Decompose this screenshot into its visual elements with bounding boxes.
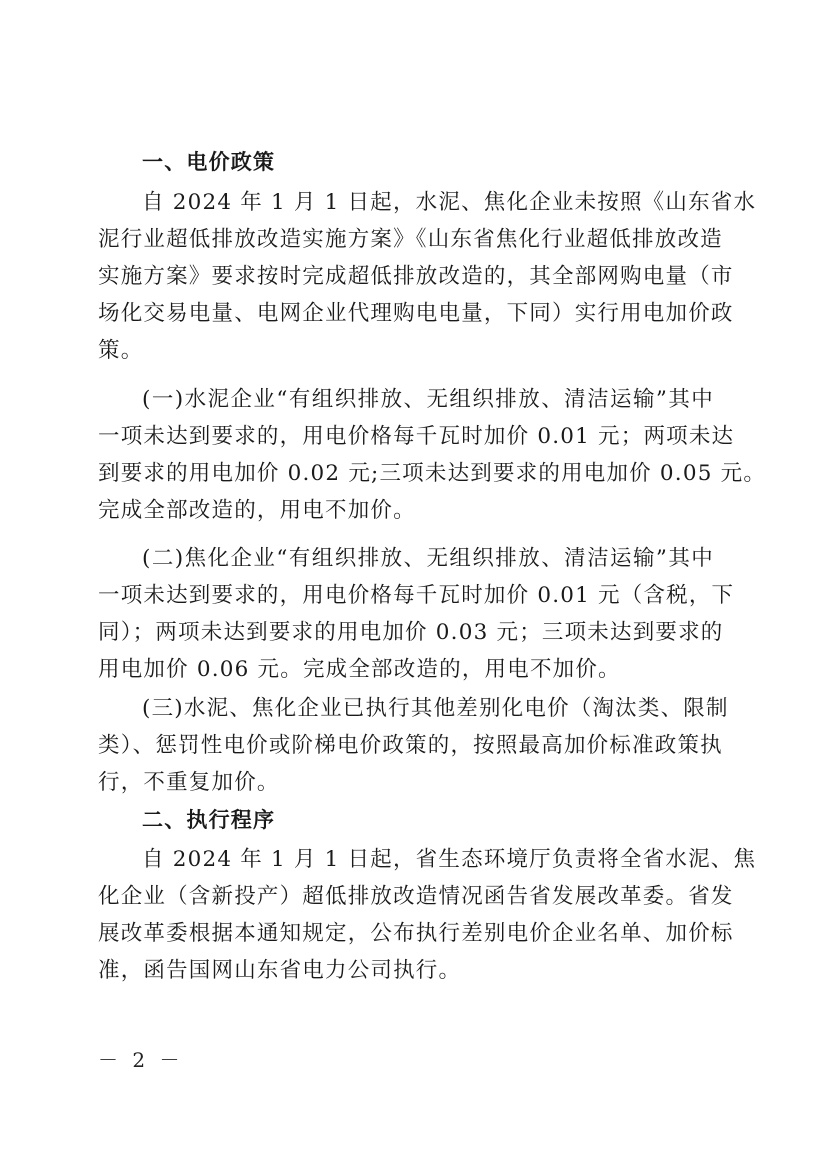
paragraph-line: 完成全部改造的，用电不加价。: [98, 497, 416, 525]
document-page: 一、电价政策 自 2024 年 1 月 1 日起，水泥、焦化企业未按照《山东省水…: [0, 0, 814, 1152]
paragraph-line: (一)水泥企业“有组织排放、无组织排放、清洁运输”其中: [142, 386, 714, 414]
paragraph-line: 展改革委根据本通知规定，公布执行差别电价企业名单、加价标: [98, 920, 714, 948]
paragraph-line: (三)水泥、焦化企业已执行其他差别化电价（淘汰类、限制: [142, 695, 714, 723]
paragraph-line: 化企业（含新投产）超低排放改造情况函告省发展改革委。省发: [98, 883, 714, 911]
paragraph-line: 到要求的用电加价 0.02 元;三项未达到要求的用电加价 0.05 元。: [98, 460, 714, 488]
paragraph-line: 策。: [98, 337, 143, 365]
paragraph-line: 一项未达到要求的，用电价格每千瓦时加价 0.01 元（含税，下: [98, 582, 714, 610]
section-heading-electricity-price-policy: 一、电价政策: [142, 148, 275, 176]
paragraph-line: 自 2024 年 1 月 1 日起，水泥、焦化企业未按照《山东省水: [142, 189, 714, 217]
paragraph-line: 自 2024 年 1 月 1 日起，省生态环境厅负责将全省水泥、焦: [142, 846, 714, 874]
paragraph-line: 行，不重复加价。: [98, 769, 280, 797]
paragraph-line: 泥行业超低排放改造实施方案》《山东省焦化行业超低排放改造: [98, 226, 714, 254]
paragraph-line: 场化交易电量、电网企业代理购电电量，下同）实行用电加价政: [98, 300, 714, 328]
paragraph-line: 准，函告国网山东省电力公司执行。: [98, 957, 461, 985]
paragraph-line: 一项未达到要求的，用电价格每千瓦时加价 0.01 元；两项未达: [98, 423, 714, 451]
paragraph-line: 用电加价 0.06 元。完成全部改造的，用电不加价。: [98, 656, 621, 684]
page-number: － 2 －: [98, 1044, 183, 1073]
paragraph-line: 类）、惩罚性电价或阶梯电价政策的，按照最高加价标准政策执: [98, 732, 714, 760]
section-heading-execution-procedure: 二、执行程序: [142, 806, 275, 834]
paragraph-line: (二)焦化企业“有组织排放、无组织排放、清洁运输”其中: [142, 545, 714, 573]
paragraph-line: 同）；两项未达到要求的用电加价 0.03 元；三项未达到要求的: [98, 619, 714, 647]
paragraph-line: 实施方案》要求按时完成超低排放改造的，其全部网购电量（市: [98, 263, 714, 291]
